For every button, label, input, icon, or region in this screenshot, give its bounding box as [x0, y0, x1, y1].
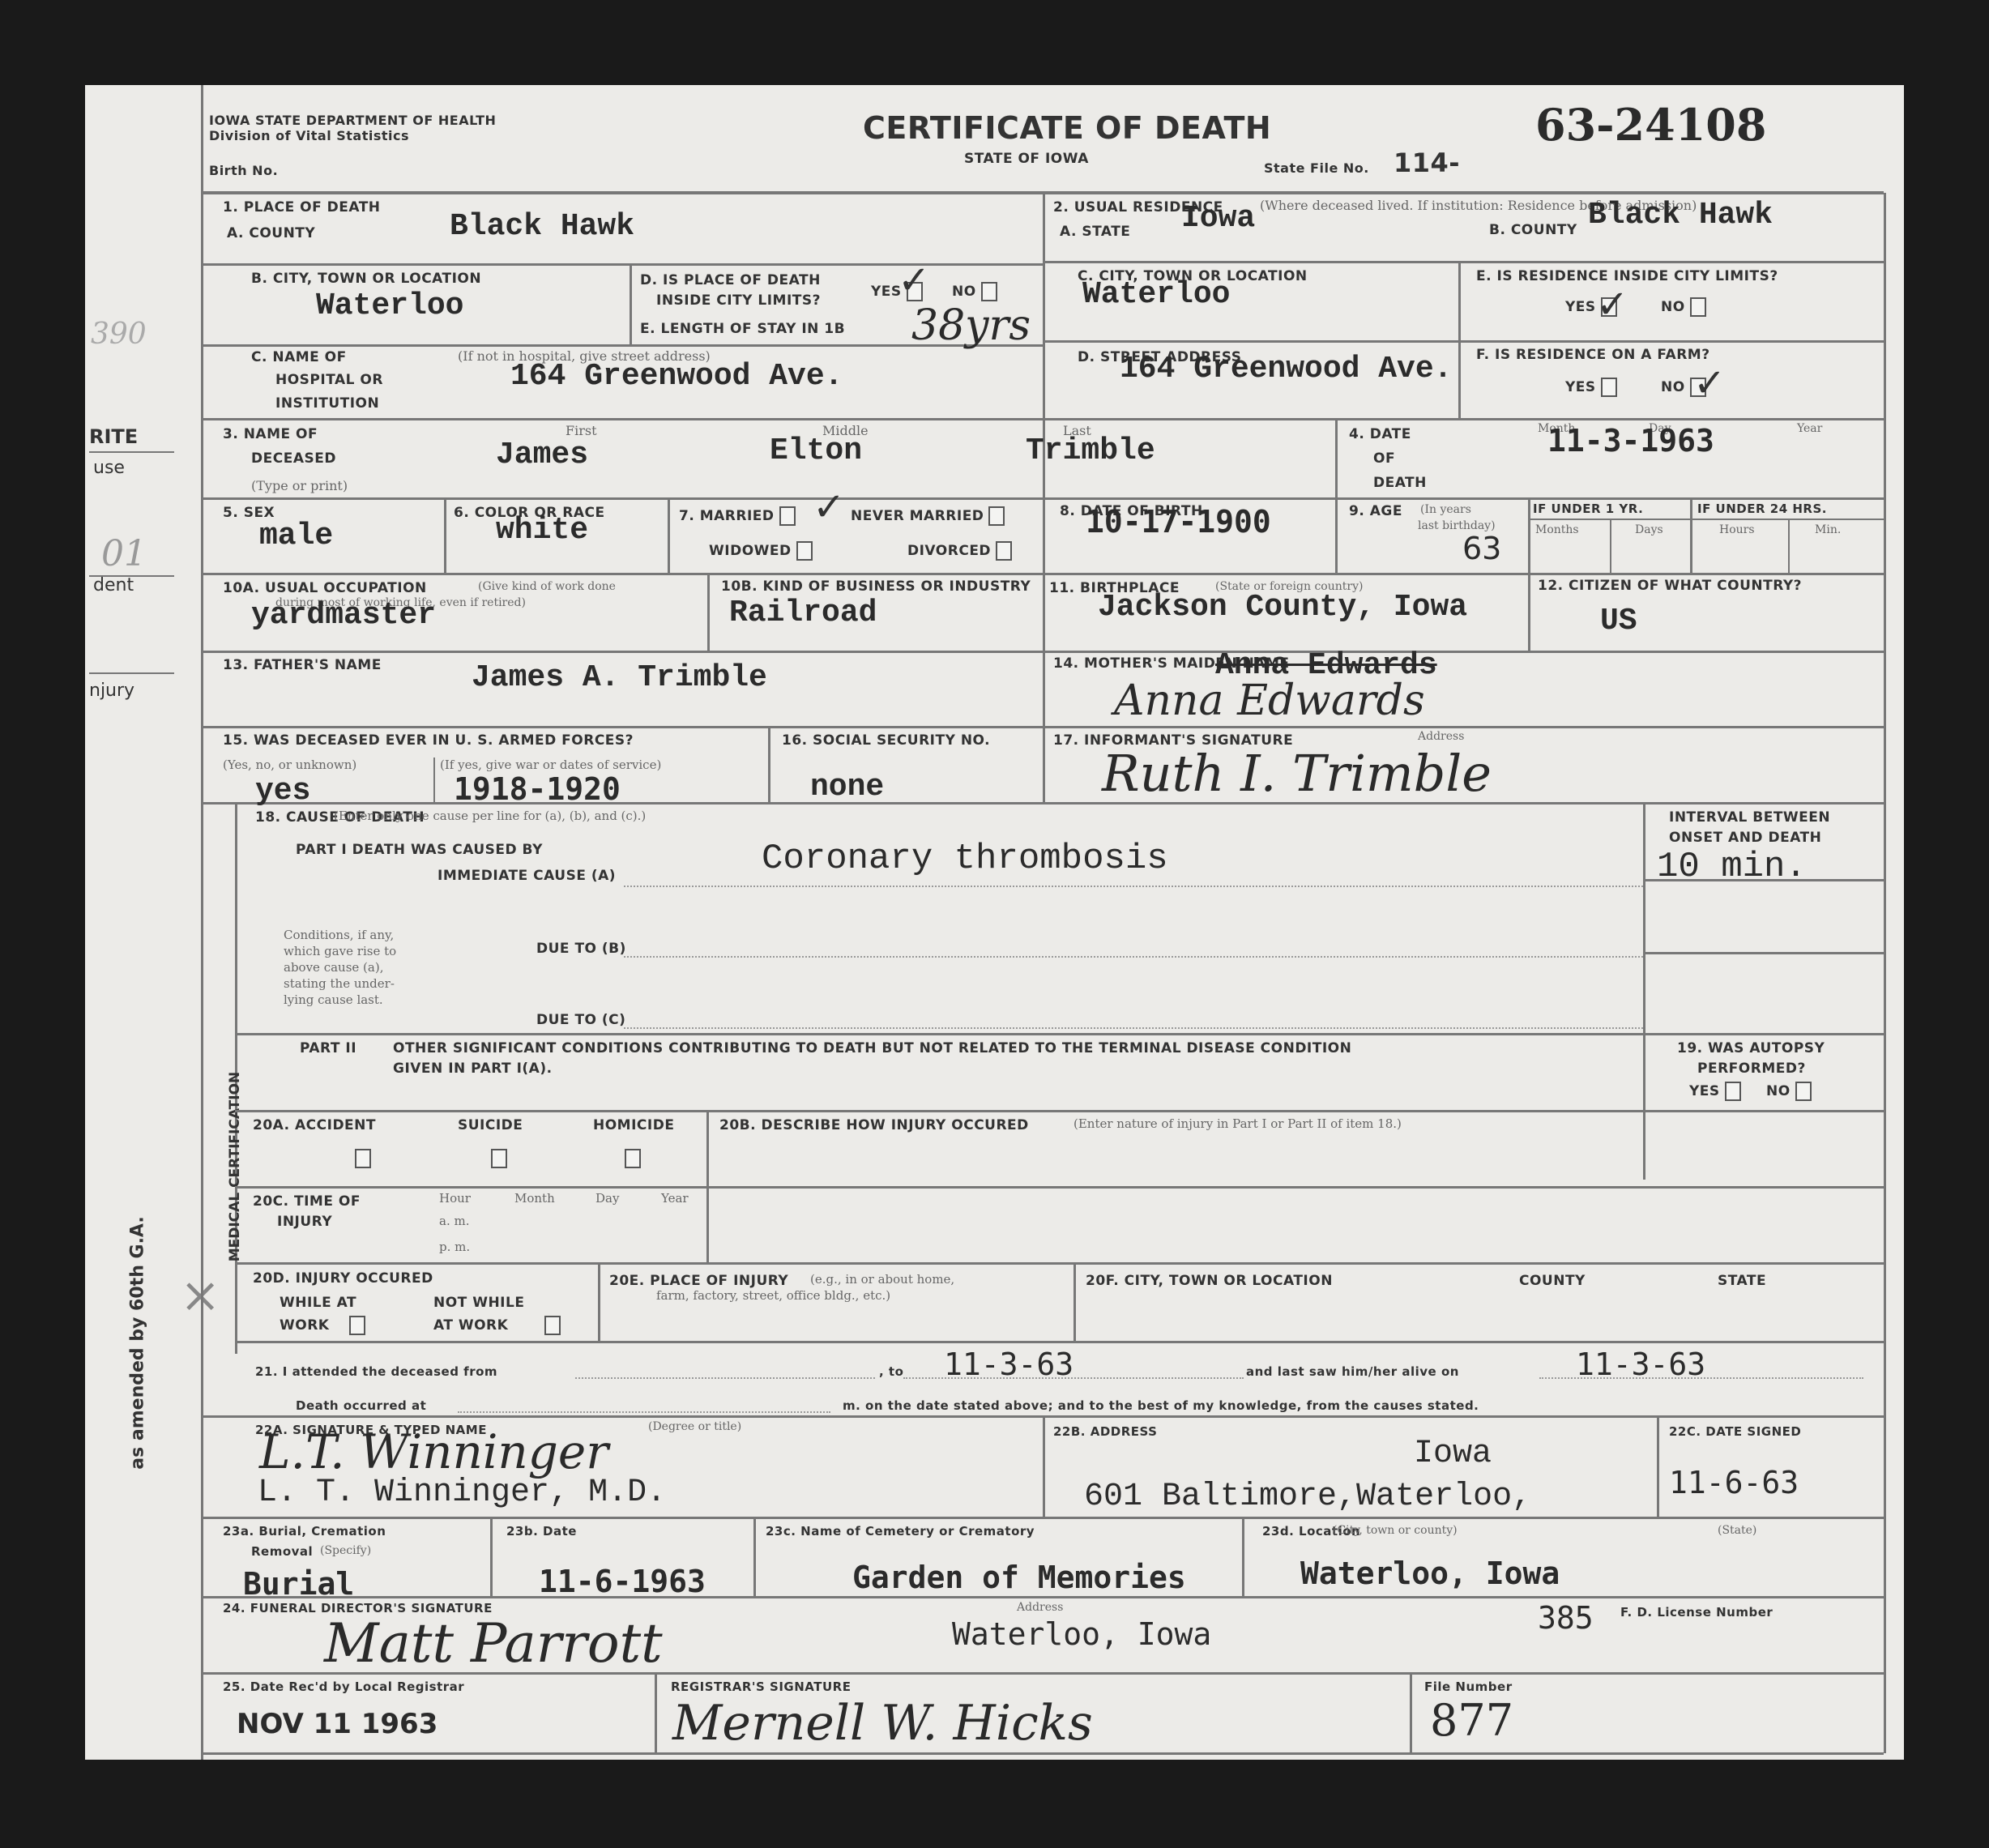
widowed-option[interactable]: WIDOWED — [709, 541, 813, 561]
row-line — [1043, 261, 1884, 263]
file-number-label: File Number — [1424, 1679, 1513, 1695]
no-checkbox[interactable] — [1795, 1082, 1812, 1101]
min-caption: Min. — [1815, 523, 1841, 537]
while-at-work-option[interactable]: WORK — [280, 1316, 365, 1335]
funeral-director-signature: Matt Parrott — [324, 1612, 663, 1675]
form-left-border — [201, 85, 203, 1760]
injury-state-label: STATE — [1718, 1272, 1766, 1291]
row-line — [235, 1110, 1884, 1112]
row-line — [1643, 952, 1884, 954]
stay-value: 38yrs — [911, 301, 1031, 350]
last-saw-line — [1539, 1377, 1863, 1379]
physician-address-label: 22b. ADDRESS — [1053, 1423, 1157, 1440]
middle-name: Elton — [770, 433, 862, 468]
race-value: white — [496, 513, 588, 548]
state-file-prefix: 114- — [1394, 146, 1460, 181]
no-label: NO — [1661, 299, 1685, 315]
funeral-address-label: Address — [1017, 1600, 1063, 1615]
sex-value: male — [259, 519, 333, 553]
hospital-value: 164 Greenwood Ave. — [510, 359, 843, 394]
margin-rule — [89, 451, 174, 453]
last-name: Trimble — [1026, 433, 1155, 468]
death-occurred-line — [458, 1411, 830, 1413]
not-at-work-label-2: AT WORK — [433, 1317, 508, 1334]
under-1yr-label: IF UNDER 1 YR. — [1533, 501, 1643, 517]
cemetery-value: Garden of Memories — [852, 1560, 1186, 1595]
row-line — [203, 1752, 1884, 1755]
dod-label-2: OF — [1373, 450, 1395, 468]
divider — [668, 498, 670, 574]
divider — [753, 1517, 756, 1596]
widowed-label: WIDOWED — [709, 543, 792, 559]
burial-location-value: Waterloo, Iowa — [1300, 1556, 1560, 1591]
age-note-1: (In years — [1420, 502, 1471, 517]
immediate-cause-line — [624, 886, 1643, 887]
conditions-note-1: Conditions, if any, — [284, 928, 394, 944]
form-right-border — [1884, 193, 1886, 1753]
am-caption: a. m. — [439, 1214, 469, 1230]
margin-handwritten-number: 390 — [91, 316, 147, 354]
margin-use: use — [93, 458, 125, 478]
mother-handwritten-value: Anna Edwards — [1114, 676, 1425, 725]
occupation-value: yardmaster — [251, 598, 436, 633]
birth-no-label: Birth No. — [209, 162, 278, 180]
divider — [1335, 419, 1338, 573]
part2-text-1: OTHER SIGNIFICANT CONDITIONS CONTRIBUTIN… — [393, 1039, 1351, 1058]
dod-label-3: DEATH — [1373, 474, 1427, 493]
no-checkbox[interactable] — [1690, 297, 1706, 317]
margin-amended-text: as amended by 60th G.A. — [128, 1197, 148, 1489]
row-line — [203, 651, 1884, 653]
burial-type-value: Burial — [243, 1566, 354, 1602]
divider — [1690, 498, 1692, 574]
homicide-label: HOMICIDE — [593, 1116, 674, 1135]
margin-rule — [89, 672, 174, 674]
age-value: 63 — [1462, 531, 1501, 566]
divorced-option[interactable]: DIVORCED — [907, 541, 1012, 561]
informant-address-label: Address — [1418, 729, 1464, 744]
suicide-checkbox[interactable] — [491, 1149, 507, 1168]
row-line — [235, 1033, 1884, 1035]
divider — [1458, 261, 1461, 418]
attended-to-line — [903, 1377, 1244, 1379]
funeral-address-value: Waterloo, Iowa — [952, 1616, 1211, 1652]
street-value: 164 Greenwood Ave. — [1120, 352, 1452, 386]
no-label: NO — [1661, 379, 1685, 395]
yes-label: YES — [1565, 299, 1596, 315]
file-number-value: 877 — [1430, 1695, 1513, 1746]
homicide-checkbox[interactable] — [625, 1149, 641, 1168]
injury-county-label: COUNTY — [1519, 1272, 1586, 1291]
widowed-checkbox[interactable] — [796, 541, 813, 561]
margin-injury: njury — [89, 681, 134, 701]
divider — [707, 574, 710, 651]
farm-label: f. IS RESIDENCE ON A FARM? — [1476, 346, 1710, 365]
yes-label: YES — [1689, 1083, 1720, 1099]
due-to-c-line — [624, 1027, 1643, 1029]
attended-from-line — [575, 1377, 875, 1379]
division-name: Division of Vital Statistics — [209, 127, 409, 145]
not-at-work-label-1: NOT WHILE — [433, 1294, 524, 1312]
date-received-value: NOV 11 1963 — [237, 1708, 437, 1740]
citizen-value: US — [1600, 604, 1637, 638]
divider — [1788, 519, 1790, 574]
physician-address-line1: Iowa — [1414, 1436, 1492, 1472]
burial-type-note: (Specify) — [320, 1543, 371, 1558]
immediate-cause-value: Coronary thrombosis — [762, 839, 1168, 879]
hospital-label-1: c. NAME OF — [251, 348, 347, 367]
no-label: NO — [952, 284, 976, 300]
date-signed-value: 11-6-63 — [1669, 1465, 1799, 1500]
funeral-license-label: F. D. License Number — [1620, 1604, 1773, 1620]
name-label-1: 3. NAME OF — [223, 425, 318, 444]
yes-checkbox[interactable] — [1601, 378, 1617, 397]
father-label: 13. FATHER'S NAME — [223, 656, 382, 675]
date-signed-label: 22c. DATE SIGNED — [1669, 1423, 1801, 1440]
margin-rite: RITE — [89, 425, 138, 448]
last-saw-label: and last saw him/her alive on — [1246, 1364, 1459, 1380]
degree-label: (Degree or title) — [648, 1419, 741, 1434]
certificate-subtitle: STATE OF IOWA — [964, 150, 1089, 169]
row-line — [1528, 519, 1884, 520]
month-caption: Month — [514, 1191, 555, 1207]
physician-typed-name: L. T. Winninger, M.D. — [258, 1475, 666, 1511]
death-city-value: Waterloo — [316, 288, 463, 323]
conditions-note-2: which gave rise to — [284, 944, 396, 960]
accident-label: 20a. ACCIDENT — [253, 1116, 376, 1135]
date-received-label: 25. Date Rec'd by Local Registrar — [223, 1679, 464, 1695]
row-line — [203, 1596, 1884, 1598]
divider — [768, 727, 770, 804]
pm-caption: p. m. — [439, 1240, 470, 1256]
hospital-label-2: HOSPITAL OR — [275, 371, 383, 390]
while-at-work-label-1: WHILE AT — [280, 1294, 356, 1312]
burial-type-label-1: 23a. Burial, Cremation — [223, 1523, 386, 1539]
date-of-death: 11-3-1963 — [1547, 423, 1714, 459]
residence-city-value: Waterloo — [1082, 277, 1230, 312]
not-at-work-option[interactable]: AT WORK — [433, 1316, 561, 1335]
year-caption: Year — [1797, 421, 1822, 436]
while-at-work-checkbox[interactable] — [349, 1316, 365, 1335]
married-checkbox[interactable] — [779, 506, 796, 526]
death-inside-limits-no[interactable]: NO — [952, 282, 997, 301]
divider — [1643, 803, 1645, 1180]
divider — [1610, 519, 1611, 574]
divider — [1657, 1416, 1659, 1517]
divider — [630, 264, 632, 345]
yes-checkbox[interactable] — [1725, 1082, 1741, 1101]
citizen-label: 12. CITIZEN OF WHAT COUNTRY? — [1538, 577, 1802, 595]
margin-handwritten-01: 01 — [101, 531, 147, 577]
residence-county-value: Black Hawk — [1588, 198, 1773, 233]
due-to-b-label: DUE TO (b) — [536, 940, 626, 958]
never-married-checkbox[interactable] — [988, 506, 1005, 526]
burial-date-label: 23b. Date — [506, 1523, 577, 1539]
checkmark-icon: ✓ — [1596, 282, 1628, 327]
married-label: 7. MARRIED — [679, 508, 775, 524]
farm-yes[interactable]: YES — [1565, 378, 1617, 397]
dod-label-1: 4. DATE — [1349, 425, 1411, 444]
place-of-death-label: 1. PLACE OF DEATH — [223, 198, 381, 217]
never-married-label: NEVER MARRIED — [851, 508, 984, 524]
row-line — [203, 418, 1884, 420]
conditions-note-4: stating the under- — [284, 976, 395, 992]
while-at-work-label-2: WORK — [280, 1317, 329, 1334]
checkmark-icon: ✓ — [813, 484, 845, 530]
conditions-note-5: lying cause last. — [284, 992, 383, 1009]
describe-injury-label: 20b. DESCRIBE HOW INJURY OCCURED — [719, 1116, 1029, 1135]
state-file-label: State File No. — [1264, 160, 1369, 177]
to-label: , to — [879, 1364, 903, 1380]
due-to-b-line — [624, 956, 1643, 958]
divorced-checkbox[interactable] — [996, 541, 1012, 561]
describe-injury-note: (Enter nature of injury in Part I or Par… — [1073, 1116, 1402, 1133]
registrar-signature: Mernell W. Hicks — [672, 1695, 1093, 1752]
due-to-c-label: DUE TO (c) — [536, 1011, 625, 1030]
divider — [490, 1517, 493, 1596]
under-24hrs-label: IF UNDER 24 HRS. — [1697, 501, 1827, 517]
first-name: James — [496, 437, 588, 472]
row-line — [1043, 340, 1884, 343]
stay-label: e. LENGTH OF STAY IN 1b — [640, 320, 845, 339]
funeral-license-value: 385 — [1538, 1600, 1594, 1636]
interval-label-2: ONSET AND DEATH — [1669, 829, 1821, 847]
margin-dent: dent — [93, 575, 134, 595]
row-line — [203, 1517, 1884, 1519]
residence-state-value: Iowa — [1181, 201, 1255, 236]
accident-checkbox[interactable] — [355, 1149, 371, 1168]
time-of-injury-label-2: INJURY — [277, 1213, 332, 1231]
divider — [655, 1673, 657, 1754]
business-value: Railroad — [729, 595, 877, 630]
hospital-label-3: INSTITUTION — [275, 395, 379, 413]
cause-note: (Enter only one cause per line for (a), … — [334, 809, 646, 825]
autopsy-label-1: 19. WAS AUTOPSY — [1677, 1039, 1825, 1058]
part2-text-2: GIVEN IN PART I(a). — [393, 1060, 553, 1078]
no-checkbox[interactable] — [981, 282, 997, 301]
certificate-title: CERTIFICATE OF DEATH — [863, 108, 1271, 149]
divider — [598, 1262, 600, 1343]
residence-county-label: b. COUNTY — [1489, 221, 1577, 240]
row-line — [235, 1262, 1884, 1265]
medical-certification-label: MEDICAL CERTIFICATION — [227, 1045, 243, 1288]
divider — [433, 758, 435, 804]
name-label-2: DECEASED — [251, 450, 336, 468]
row-line — [235, 1186, 1884, 1189]
burial-location-note: (City, town or county) — [1333, 1523, 1458, 1538]
yes-label: YES — [1565, 379, 1596, 395]
death-occurred-label: Death occurred at — [296, 1398, 426, 1414]
cemetery-label: 23c. Name of Cemetery or Crematory — [766, 1523, 1035, 1539]
autopsy-label-2: PERFORMED? — [1697, 1060, 1806, 1078]
interval-value: 10 min. — [1657, 847, 1807, 887]
place-of-injury-note-2: farm, factory, street, office bldg., etc… — [656, 1288, 890, 1304]
checkmark-icon: ✓ — [898, 258, 930, 303]
injury-occurred-label: 20d. INJURY OCCURED — [253, 1270, 433, 1288]
armed-forces-label: 15. WAS DECEASED EVER IN U. S. ARMED FOR… — [223, 732, 634, 750]
suicide-label: SUICIDE — [458, 1116, 523, 1135]
physician-signature: L.T. Winninger — [259, 1424, 608, 1479]
divorced-label: DIVORCED — [907, 543, 991, 559]
ssn-value: none — [810, 770, 884, 804]
divider — [1043, 574, 1045, 804]
ssn-label: 16. SOCIAL SECURITY NO. — [782, 732, 990, 750]
checkmark-icon: ✓ — [1693, 361, 1726, 406]
informant-signature: Ruth I. Trimble — [1102, 744, 1492, 803]
divider — [1242, 1517, 1244, 1596]
hours-caption: Hours — [1719, 523, 1755, 537]
name-note: (Type or print) — [251, 478, 348, 495]
immediate-cause-label: IMMEDIATE CAUSE (a) — [437, 867, 616, 886]
business-label: 10b. KIND OF BUSINESS OR INDUSTRY — [721, 578, 1031, 596]
registrar-signature-label: REGISTRAR'S SIGNATURE — [671, 1679, 851, 1695]
injury-city-label: 20f. CITY, TOWN OR LOCATION — [1086, 1272, 1333, 1291]
occupation-note-1: (Give kind of work done — [478, 579, 616, 594]
autopsy-no[interactable]: NO — [1766, 1082, 1812, 1101]
inside-limits-label-1: d. IS PLACE OF DEATH — [640, 271, 821, 290]
armed-note-1: (Yes, no, or unknown) — [223, 758, 356, 774]
divider — [1043, 1416, 1045, 1517]
interval-label-1: INTERVAL BETWEEN — [1669, 809, 1830, 827]
physician-address-line2: 601 Baltimore,Waterloo, — [1084, 1479, 1531, 1515]
time-of-injury-label-1: 20c. TIME OF — [253, 1193, 361, 1211]
divider — [1528, 498, 1530, 574]
part2-label: PART II — [300, 1039, 356, 1058]
burial-state-label: (State) — [1718, 1523, 1756, 1538]
county-label: a. COUNTY — [227, 224, 315, 243]
row-line — [235, 1341, 1884, 1343]
death-county-value: Black Hawk — [450, 209, 634, 244]
residence-inside-no[interactable]: NO — [1661, 297, 1706, 317]
certificate-number: 63-24108 — [1535, 99, 1766, 151]
conditions-note-3: above cause (a), — [284, 960, 383, 976]
age-label: 9. AGE — [1349, 502, 1402, 521]
row-line — [203, 726, 1884, 728]
hour-caption: Hour — [439, 1191, 471, 1207]
death-city-label: b. CITY, TOWN OR LOCATION — [251, 270, 481, 288]
residence-state-label: a. STATE — [1060, 223, 1130, 241]
attended-label: 21. I attended the deceased from — [255, 1364, 497, 1380]
burial-date-value: 11-6-1963 — [539, 1564, 706, 1599]
burial-type-label-2: Removal — [251, 1543, 313, 1560]
date-of-birth: 10-17-1900 — [1086, 504, 1271, 540]
no-label: NO — [1766, 1083, 1791, 1099]
day-caption: Day — [595, 1191, 619, 1207]
death-occurred-tail: m. on the date stated above; and to the … — [843, 1398, 1479, 1414]
part1-label: PART I DEATH WAS CAUSED BY — [296, 841, 543, 860]
armed-dates-value: 1918-1920 — [454, 771, 621, 807]
father-value: James A. Trimble — [472, 660, 767, 695]
inside-limits-label-2: INSIDE CITY LIMITS? — [656, 292, 821, 310]
birthplace-value: Jackson County, Iowa — [1098, 590, 1467, 625]
months-caption: Months — [1535, 523, 1579, 537]
divider — [1410, 1673, 1412, 1754]
never-married-option[interactable]: NEVER MARRIED — [851, 506, 1005, 526]
place-of-injury-note-1: (e.g., in or about home, — [810, 1272, 954, 1288]
divider — [1073, 1262, 1076, 1343]
not-at-work-checkbox[interactable] — [544, 1316, 561, 1335]
year-caption: Year — [661, 1191, 689, 1207]
divider — [444, 498, 446, 574]
divider — [1043, 498, 1045, 574]
divider — [1528, 574, 1530, 651]
days-caption: Days — [1635, 523, 1663, 537]
autopsy-yes[interactable]: YES — [1689, 1082, 1741, 1101]
armed-forces-value: yes — [255, 774, 310, 809]
married-option[interactable]: 7. MARRIED — [679, 506, 796, 526]
